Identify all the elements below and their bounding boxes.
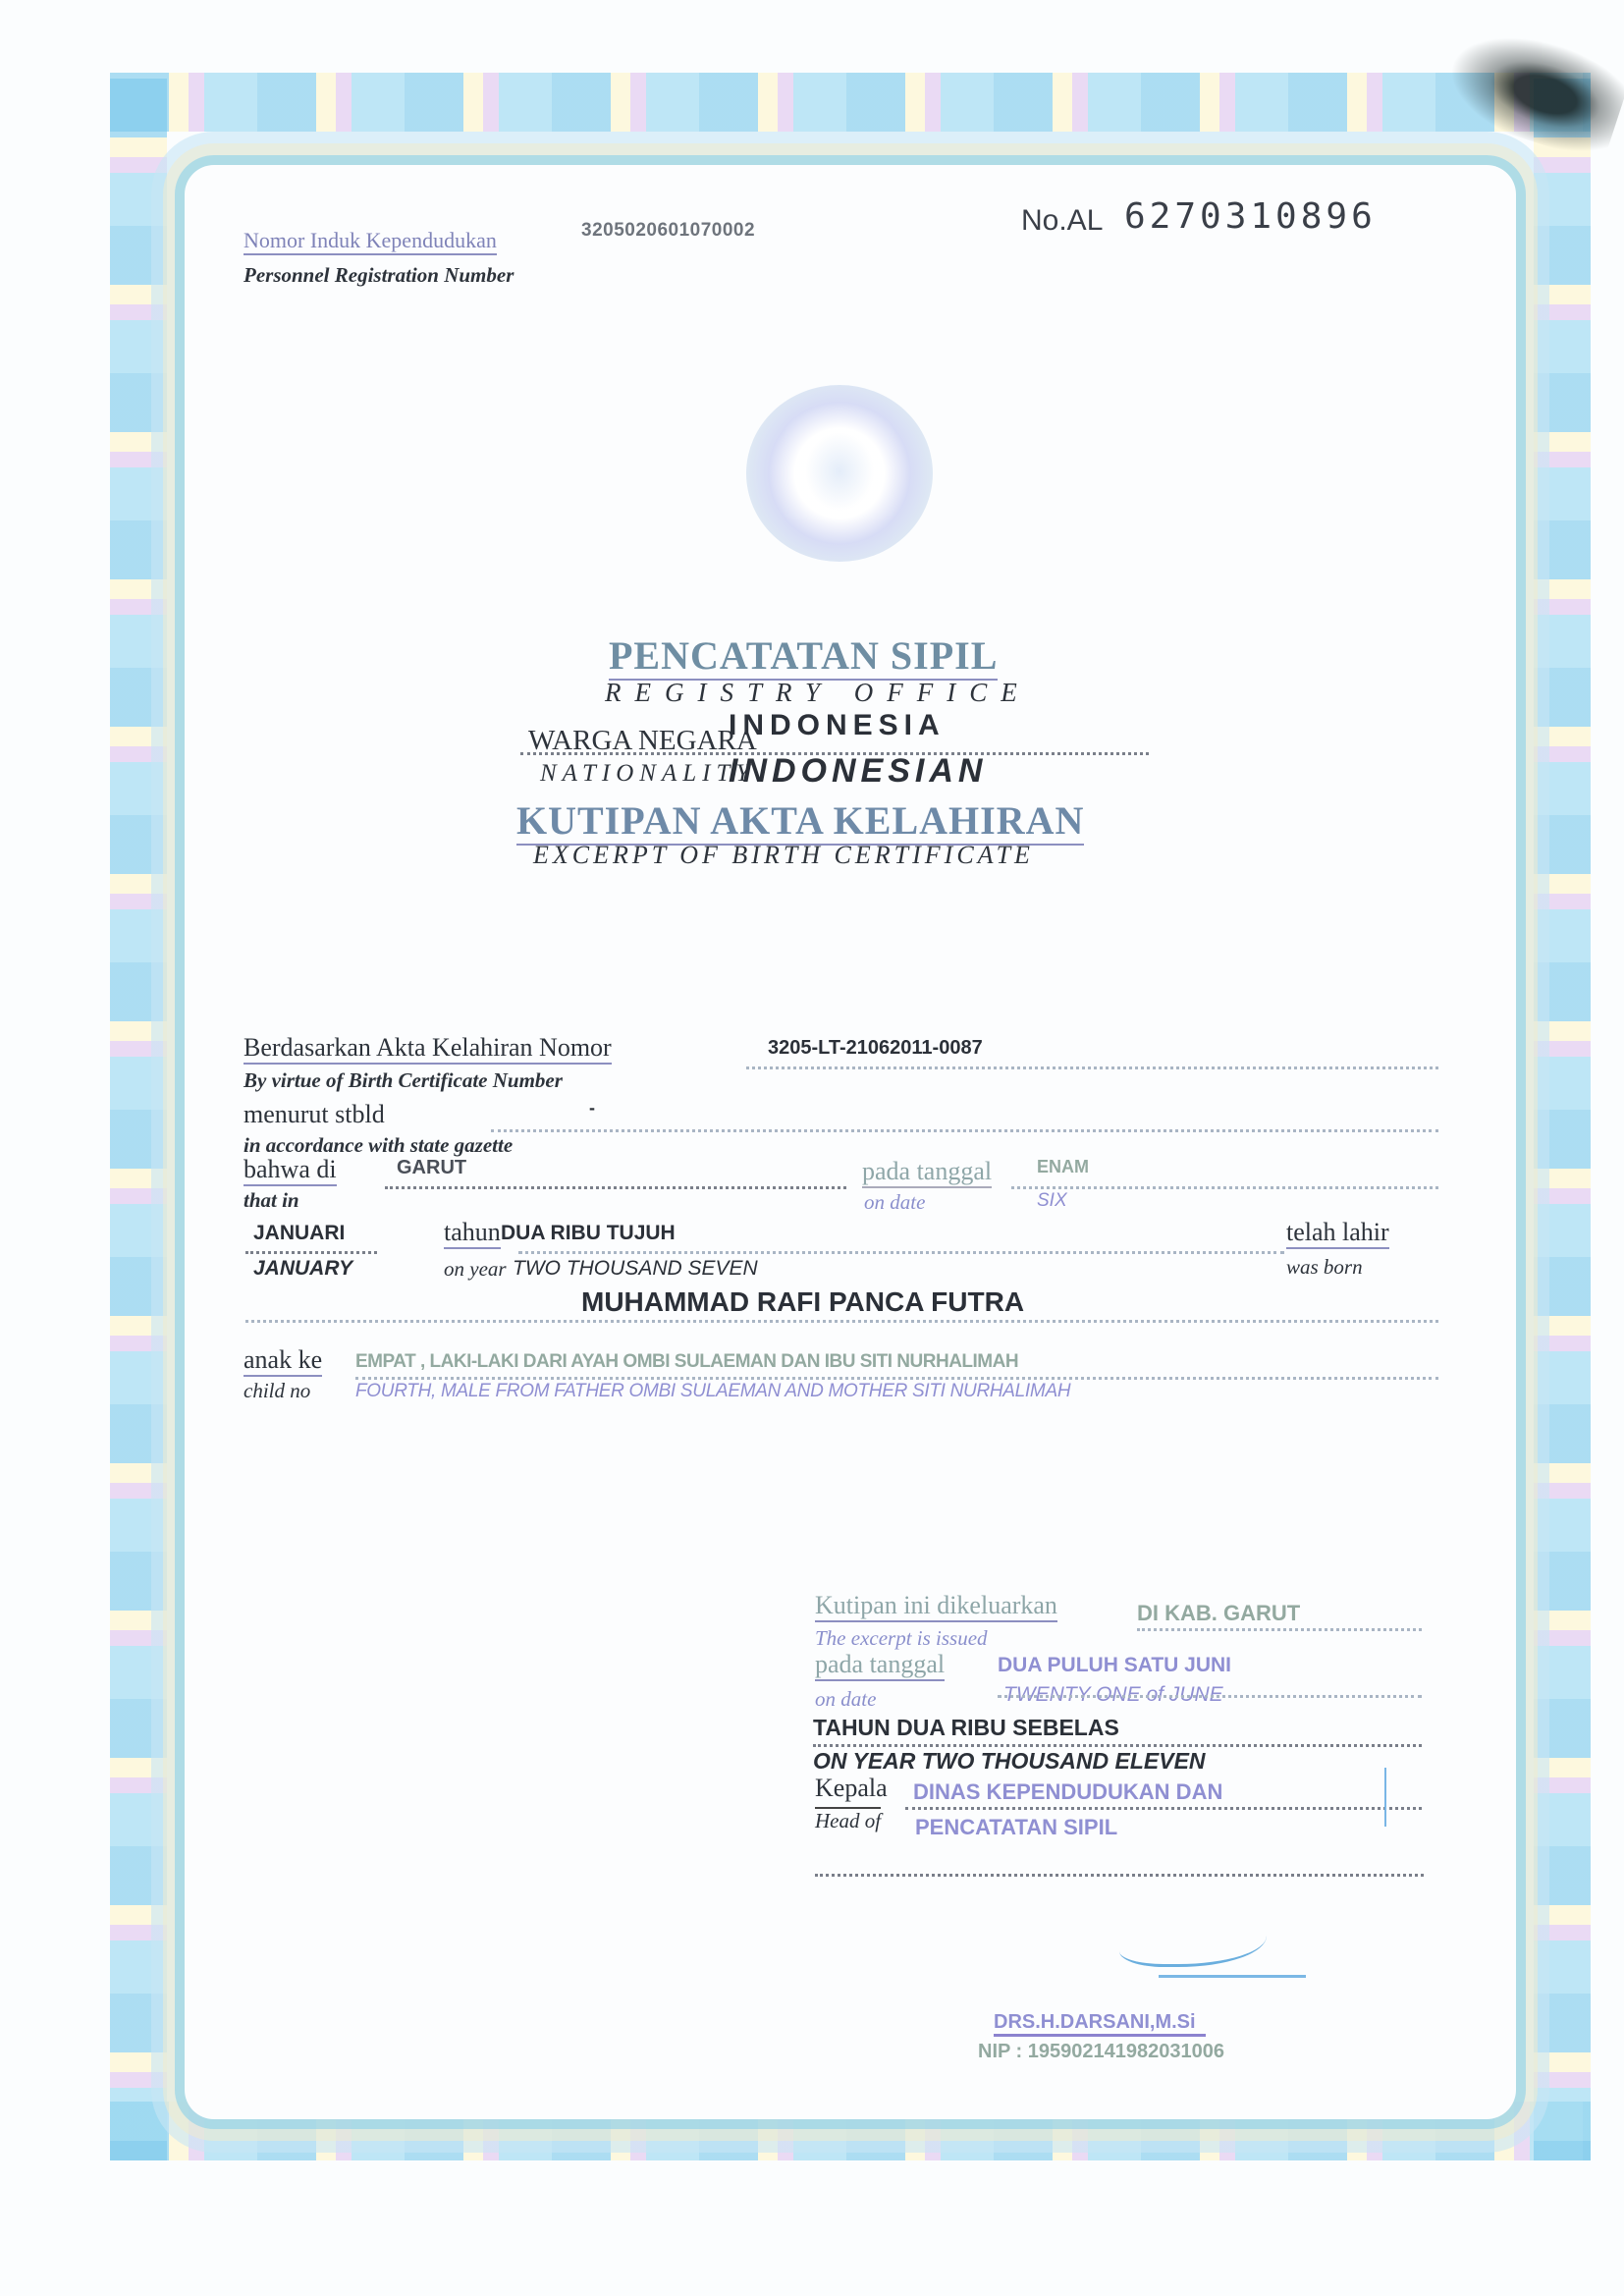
head-value-line1: DINAS KEPENDUDUKAN DAN xyxy=(913,1779,1222,1805)
born-label-id: telah lahir xyxy=(1286,1218,1389,1249)
child-no-label-en: child no xyxy=(244,1379,310,1403)
issue-date-label-id: pada tanggal xyxy=(815,1650,945,1681)
document-title-en: EXCERPT OF BIRTH CERTIFICATE xyxy=(533,841,1034,870)
month-dotted-line xyxy=(245,1251,377,1254)
head-dotted-line xyxy=(905,1807,1422,1810)
day-value-id: ENAM xyxy=(1037,1157,1089,1177)
place-value: GARUT xyxy=(397,1157,466,1179)
issue-date-label-en: on date xyxy=(815,1687,876,1712)
month-value-en: JANUARY xyxy=(253,1257,352,1281)
head-value-line2: PENCATATAN SIPIL xyxy=(915,1815,1117,1840)
nik-label-id: Nomor Induk Kependudukan xyxy=(244,228,497,255)
year-dotted-line xyxy=(518,1251,1284,1254)
signatory-nip: NIP : 195902141982031006 xyxy=(978,2041,1224,2063)
child-no-dotted-line xyxy=(355,1377,1438,1380)
issue-year-value-id: TAHUN DUA RIBU SEBELAS xyxy=(813,1715,1119,1741)
issued-label-en: The excerpt is issued xyxy=(815,1626,988,1651)
serial-number: 6270310896 xyxy=(1124,196,1377,237)
month-value-id: JANUARI xyxy=(253,1222,345,1245)
birth-cert-dotted-line xyxy=(746,1066,1438,1069)
stbld-value: - xyxy=(589,1098,595,1119)
ink-stain-mark xyxy=(1422,3,1624,165)
signature-dotted-line xyxy=(815,1874,1424,1877)
child-name: MUHAMMAD RAFI PANCA FUTRA xyxy=(581,1286,1024,1318)
birth-cert-number: 3205-LT-21062011-0087 xyxy=(768,1037,983,1060)
child-name-dotted-line xyxy=(245,1320,1438,1323)
year-value-en: TWO THOUSAND SEVEN xyxy=(513,1257,758,1281)
issued-place-dotted-line xyxy=(1137,1628,1422,1631)
serial-prefix: No.AL xyxy=(1021,204,1103,238)
issue-date-dotted-line xyxy=(998,1695,1422,1698)
signature-underline xyxy=(1159,1975,1306,1978)
date-label-en: on date xyxy=(864,1190,925,1215)
issue-year-dotted-line xyxy=(813,1744,1422,1747)
nationality-label-en: NATIONALITY xyxy=(540,760,755,788)
place-dotted-line xyxy=(385,1186,846,1189)
day-value-en: SIX xyxy=(1037,1190,1067,1212)
decorative-border-left xyxy=(110,79,167,2160)
head-label-id: Kepala xyxy=(815,1774,888,1803)
year-label-en: on year xyxy=(444,1257,507,1282)
stbld-dotted-line xyxy=(491,1129,1438,1132)
child-no-value-en: FOURTH, MALE FROM FATHER OMBI SULAEMAN A… xyxy=(355,1381,1070,1402)
head-label-en: Head of xyxy=(815,1807,881,1833)
issue-date-value-id: DUA PULUH SATU JUNI xyxy=(998,1654,1231,1677)
office-title-id: PENCATATAN SIPIL xyxy=(609,632,998,681)
decorative-border-top xyxy=(110,73,1591,132)
document-title-id: KUTIPAN AKTA KELAHIRAN xyxy=(516,797,1084,846)
stbld-label-id: menurut stbld xyxy=(244,1100,385,1129)
date-label-id: pada tanggal xyxy=(862,1157,992,1188)
nationality-value-en: INDONESIAN xyxy=(729,752,987,791)
signatory-name: DRS.H.DARSANI,M.Si xyxy=(994,2011,1206,2037)
date-dotted-line xyxy=(1011,1186,1438,1189)
born-label-en: was born xyxy=(1286,1255,1363,1280)
office-title-en: REGISTRY OFFICE xyxy=(605,678,1031,708)
birth-cert-label-en: By virtue of Birth Certificate Number xyxy=(244,1068,563,1093)
nik-label-en: Personnel Registration Number xyxy=(244,263,514,288)
pen-initial-mark xyxy=(1384,1768,1400,1827)
decorative-border-right xyxy=(1534,79,1591,2160)
child-no-label-id: anak ke xyxy=(244,1345,322,1377)
issued-label-id: Kutipan ini dikeluarkan xyxy=(815,1591,1057,1622)
nik-value: 3205020601070002 xyxy=(581,220,755,242)
birth-cert-label-id: Berdasarkan Akta Kelahiran Nomor xyxy=(244,1033,612,1065)
issue-year-value-en: ON YEAR TWO THOUSAND ELEVEN xyxy=(813,1748,1206,1775)
issued-place: DI KAB. GARUT xyxy=(1137,1601,1300,1626)
year-value-id: DUA RIBU TUJUH xyxy=(501,1222,676,1245)
place-label-id: bahwa di xyxy=(244,1155,337,1186)
year-label-id: tahun xyxy=(444,1218,501,1249)
child-no-value-id: EMPAT , LAKI-LAKI DARI AYAH OMBI SULAEMA… xyxy=(355,1351,1018,1373)
place-label-en: that in xyxy=(244,1188,299,1213)
nationality-value-id: INDONESIA xyxy=(729,709,946,742)
garuda-bird-icon xyxy=(805,432,874,511)
